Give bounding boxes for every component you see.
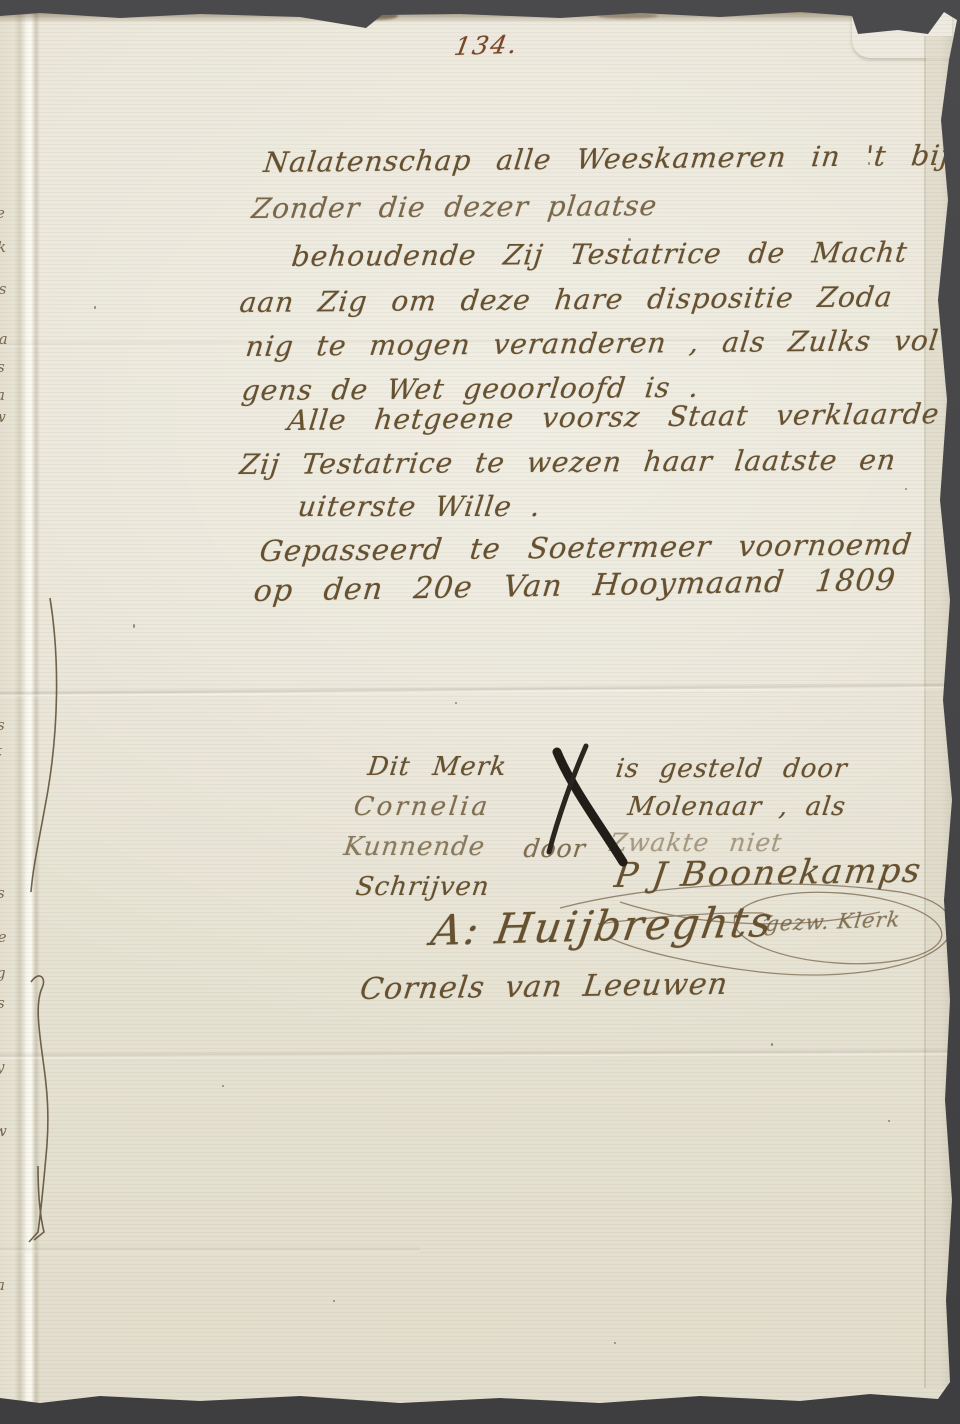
handwritten-line: Zij Testatrice te wezen haar laatste en [238, 443, 898, 481]
margin-fragment: s [0, 994, 5, 1012]
paper-speck [94, 306, 96, 309]
right-deckle-edge [924, 36, 952, 1388]
signature-huijbreghts: A: Huijbreghts [428, 897, 777, 955]
handwritten-line: Alle hetgeene voorsz Staat verklaarde [286, 397, 941, 437]
mark-statement-line: Schrijven [354, 872, 491, 902]
gutter-fold [20, 0, 40, 1424]
margin-fragment: le [0, 928, 7, 946]
page-number: 134. [452, 30, 521, 61]
paper-speck [222, 1085, 224, 1087]
handwritten-line: uiterste Wille . [296, 490, 543, 523]
handwritten-line: Gepasseerd te Soetermeer voornoemd [258, 527, 914, 568]
paper-speck [888, 1120, 890, 1122]
signature-van-leeuwen: Cornels van Leeuwen [358, 967, 730, 1007]
paper-speck [133, 624, 135, 628]
margin-fragment: y [0, 1058, 4, 1076]
margin-fragment: k [0, 238, 6, 256]
handwritten-line: behoudende Zij Testatrice de Macht [290, 236, 910, 273]
margin-fragment: s [0, 884, 5, 902]
margin-fragment: s [0, 358, 5, 376]
horizontal-crease [0, 682, 960, 698]
mark-statement-line: Kunnende [342, 832, 487, 862]
margin-fragment: ls [0, 280, 7, 298]
handwritten-line: nig te mogen veranderen , als Zulks vol [244, 324, 941, 363]
horizontal-crease [0, 1246, 420, 1254]
margin-fragment: e [0, 204, 5, 222]
margin-fragment: t [0, 742, 2, 760]
mark-statement-line: Dit Merk [366, 752, 509, 782]
paper-speck [771, 1043, 773, 1046]
edge-stain [352, 12, 398, 20]
margin-fragment: w [0, 1122, 7, 1140]
paper-speck [455, 702, 457, 704]
signature-boonekamps: P J Boonekamps [612, 851, 925, 896]
margin-fragment: g [0, 964, 6, 982]
document-scan: e k ls la s a w s t s le g s y w a 134. … [0, 0, 960, 1424]
margin-fragment: s [0, 716, 5, 734]
edge-stain [598, 13, 658, 19]
horizontal-crease [0, 1048, 960, 1060]
mark-statement-line: is gesteld door [614, 754, 849, 784]
handwritten-line: op den 20e Van Hooymaand 1809 [252, 563, 898, 609]
margin-fragment: la [0, 330, 8, 348]
mark-statement-line: Molenaar , als [626, 792, 848, 822]
margin-fragment: w [0, 408, 6, 426]
paper-sheet: e k ls la s a w s t s le g s y w a 134. … [0, 0, 960, 1424]
mark-statement-door-word: door [522, 834, 588, 863]
handwritten-line: Zonder die dezer plaatse [250, 189, 659, 225]
margin-fragment: a [0, 1276, 5, 1294]
mark-statement-line: Cornelia [352, 792, 492, 822]
margin-fragment: a [0, 386, 5, 404]
top-edge-discoloration [0, 12, 948, 23]
paper-speck [614, 1342, 616, 1344]
handwritten-line: aan Zig om deze hare dispositie Zoda [238, 280, 895, 319]
paper-speck [905, 488, 907, 490]
clerk-annotation: gezw. Klerk [764, 907, 902, 936]
paper-speck [333, 1300, 335, 1302]
handwritten-line: Nalatenschap alle Weeskameren in 't bij [262, 139, 952, 179]
